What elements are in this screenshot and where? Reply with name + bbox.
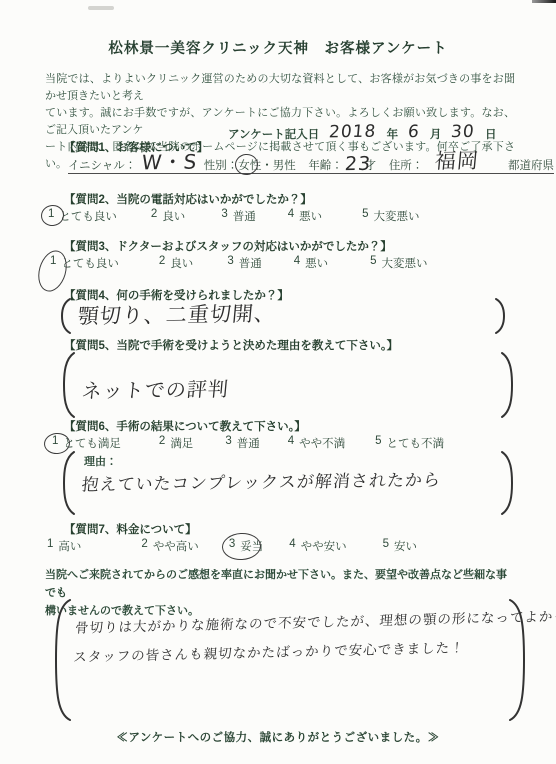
option-item: 1 高い bbox=[47, 538, 81, 554]
option-item: 1 とても良い bbox=[48, 208, 117, 224]
footer-thanks: ≪アンケートへのご協力、誠にありがとうございました。≫ bbox=[0, 729, 556, 745]
option-item: 4 やや不満 bbox=[288, 435, 345, 451]
address-field: 福岡 bbox=[423, 158, 490, 173]
date-label: アンケート記入日 bbox=[228, 126, 319, 142]
option-item: 2 良い bbox=[151, 208, 185, 224]
option-item: 5 安い bbox=[383, 538, 417, 554]
option-item: 5 とても不満 bbox=[375, 435, 444, 451]
date-year-handwritten: 2018 bbox=[328, 122, 377, 143]
question6-header: 【質問6、手術の結果について教えて下さい。】 bbox=[64, 418, 306, 434]
option-item: 2 やや高い bbox=[141, 538, 198, 554]
date-year-suffix: 年 bbox=[387, 126, 399, 142]
address-suffix: 都道府県 bbox=[508, 157, 554, 173]
option-item: 2 良い bbox=[159, 255, 193, 271]
question3-options: 1 とても良い 2 良い 3 普通 4 悪い 5 大変悪い bbox=[50, 255, 428, 271]
question5-answer-handwritten: ネットでの評判 bbox=[81, 373, 231, 404]
date-month-suffix: 月 bbox=[430, 126, 442, 142]
address-label: 住所： bbox=[389, 157, 424, 173]
date-day-handwritten: 30 bbox=[450, 122, 475, 142]
gender-option-female: 女性 bbox=[238, 157, 261, 173]
gender-separator: ・ bbox=[261, 157, 273, 173]
address-value-handwritten: 福岡 bbox=[434, 145, 481, 176]
page-title: 松林景一美容クリニック天神 お客様アンケート bbox=[0, 37, 556, 58]
option-item: 4 悪い bbox=[288, 208, 322, 224]
handwritten-bracket-left bbox=[60, 351, 76, 419]
option-item: 4 悪い bbox=[294, 255, 328, 271]
option-item: 2 満足 bbox=[159, 435, 193, 451]
option-item: 3 妥当 bbox=[229, 538, 263, 554]
option-item: 3 普通 bbox=[225, 435, 259, 451]
question6-options: 1 とても満足 2 満足 3 普通 4 やや不満 5 とても不満 bbox=[52, 435, 444, 451]
handwritten-bracket-right bbox=[494, 297, 508, 335]
survey-scan-page: 松林景一美容クリニック天神 お客様アンケート 当院では、よりよいクリニック運営の… bbox=[0, 0, 556, 764]
date-day-suffix: 日 bbox=[485, 126, 497, 142]
option-item: 3 普通 bbox=[227, 255, 261, 271]
question4-answer-handwritten: 顎切り、二重切開、 bbox=[76, 298, 277, 331]
option-item: 5 大変悪い bbox=[362, 208, 419, 224]
age-field: 23 bbox=[343, 158, 365, 173]
option-item: 1 とても満足 bbox=[52, 435, 121, 451]
handwritten-bracket-left bbox=[52, 598, 72, 722]
intro-line: 当院では、よりよいクリニック運営のための大切な資料として、お客様がお気づきの事を… bbox=[45, 71, 515, 105]
handwritten-bracket-right bbox=[508, 598, 528, 722]
question3-header: 【質問3、ドクターおよびスタッフの対応はいかがでしたか？】 bbox=[64, 238, 392, 254]
handwritten-bracket-left bbox=[60, 450, 76, 516]
age-value-handwritten: 23 bbox=[344, 153, 372, 175]
question5-header: 【質問5、当院で手術を受けようと決めた理由を教えて下さい。】 bbox=[64, 337, 398, 353]
initial-label: イニシャル： bbox=[68, 157, 136, 173]
reason-label: 理由： bbox=[84, 453, 117, 469]
option-item: 3 普通 bbox=[221, 208, 255, 224]
question7-header: 【質問7、料金について】 bbox=[64, 521, 197, 537]
handwritten-bracket-right bbox=[500, 351, 516, 419]
question2-header: 【質問2、当院の電話対応はいかがでしたか？】 bbox=[64, 191, 312, 207]
date-month-handwritten: 6 bbox=[407, 122, 421, 142]
initial-field: W・S bbox=[136, 158, 192, 173]
option-item: 4 やや安い bbox=[289, 538, 346, 554]
question1-fields-row: イニシャル： W・S 性別： 女性 ・ 男性 年齢： 23 才 住所： 福岡 都… bbox=[68, 155, 554, 174]
scan-artifact-strip bbox=[532, 0, 556, 3]
handwritten-bracket-left bbox=[58, 297, 72, 335]
option-item: 5 大変悪い bbox=[370, 255, 427, 271]
scan-artifact-smudge bbox=[88, 6, 114, 10]
question2-options: 1 とても良い 2 良い 3 普通 4 悪い 5 大変悪い bbox=[48, 208, 420, 224]
question6-reason-handwritten: 抱えていたコンプレックスが解消されたから bbox=[81, 465, 443, 495]
gender-label: 性別： bbox=[204, 157, 239, 173]
feedback-prompt-line: 当院へご来院されてからのご感想を率直にお聞かせ下さい。また、要望や改善点など些細… bbox=[45, 566, 517, 602]
age-label: 年齢： bbox=[308, 157, 343, 173]
initial-value-handwritten: W・S bbox=[141, 146, 199, 176]
question7-options: 1 高い 2 やや高い 3 妥当 4 やや安い 5 安い bbox=[47, 538, 417, 554]
handwritten-bracket-right bbox=[500, 450, 516, 516]
option-item: 1 とても良い bbox=[50, 255, 119, 271]
survey-date-row: アンケート記入日 2018 年 6 月 30 日 bbox=[228, 122, 497, 142]
gender-option-male: 男性 bbox=[273, 157, 296, 173]
